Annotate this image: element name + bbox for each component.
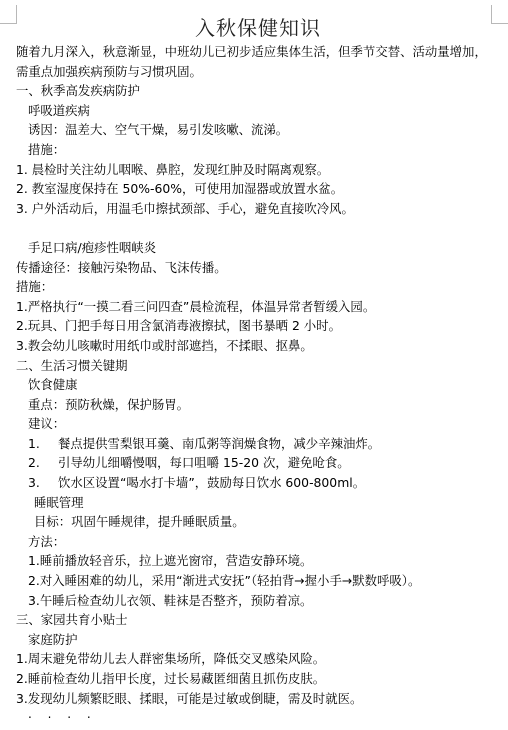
respiratory-cause: 诱因：温差大、空气干燥，易引发咳嗽、流涕。 — [16, 120, 494, 140]
subheading-respiratory: 呼吸道疾病 — [16, 101, 494, 121]
diet-advice-label: 建议： — [16, 414, 494, 434]
section-heading-3: 三、家园共育小贴士 — [16, 610, 494, 630]
subheading-home: 家庭防护 — [16, 630, 494, 650]
list-item: 3.饮水区设置“喝水打卡墙”，鼓励每日饮水 600-800ml。 — [16, 473, 494, 493]
list-item: 2.引导幼儿细嚼慢咽，每口咀嚼 15-20 次，避免呛食。 — [16, 453, 494, 473]
list-item: 3.教会幼儿咳嗽时用纸巾或肘部遮挡，不揉眼、抠鼻。 — [16, 336, 494, 356]
list-item: 3.发现幼儿频繁眨眼、揉眼，可能是过敏或倒睫，需及时就医。 — [16, 689, 494, 709]
document-page: 入秋保健知识 随着九月深入，秋意渐显，中班幼儿已初步适应集体生活，但季节交替、活… — [16, 14, 494, 720]
sleep-method-label: 方法： — [16, 532, 494, 552]
sleep-goal: 目标：巩固午睡规律，提升睡眠质量。 — [16, 512, 494, 532]
crop-mark-top-left — [0, 5, 17, 24]
intro-paragraph: 随着九月深入，秋意渐显，中班幼儿已初步适应集体生活，但季节交替、活动量增加，需重… — [16, 42, 494, 81]
list-item: 2.睡前检查幼儿指甲长度，过长易藏匿细菌且抓伤皮肤。 — [16, 669, 494, 689]
section-heading-2: 二、生活习惯关键期 — [16, 356, 494, 376]
list-item: 1.睡前播放轻音乐，拉上遮光窗帘，营造安静环境。 — [16, 551, 494, 571]
section-heading-1: 一、秋季高发疾病防护 — [16, 81, 494, 101]
hfmd-route: 传播途径：接触污染物品、飞沫传播。 — [16, 258, 494, 278]
list-item: 1.周末避免带幼儿去人群密集场所，降低交叉感染风险。 — [16, 649, 494, 669]
subheading-hfmd: 手足口病/疱疹性咽峡炎 — [16, 238, 494, 258]
list-item: 2.对入睡困难的幼儿，采用“渐进式安抚”（轻拍背→握小手→默数呼吸）。 — [16, 571, 494, 591]
list-item: 3.午睡后检查幼儿衣领、鞋袜是否整齐，预防着凉。 — [16, 591, 494, 611]
hfmd-measures-label: 措施： — [16, 277, 494, 297]
diet-focus: 重点：预防秋燥，保护肠胃。 — [16, 395, 494, 415]
subheading-sleep: 睡眠管理 — [16, 493, 494, 513]
list-item: 3. 户外活动后，用温毛巾擦拭颈部、手心，避免直接吹冷风。 — [16, 199, 494, 219]
list-item: 1.餐点提供雪梨银耳羹、南瓜粥等润燥食物，减少辛辣油炸。 — [16, 434, 494, 454]
trailing-dots: . . . . — [16, 708, 494, 720]
subheading-diet: 饮食健康 — [16, 375, 494, 395]
list-item: 2. 教室湿度保持在 50%-60%，可使用加湿器或放置水盆。 — [16, 179, 494, 199]
list-item: 1. 晨检时关注幼儿咽喉、鼻腔，发现红肿及时隔离观察。 — [16, 160, 494, 180]
list-item: 1.严格执行“一摸二看三问四查”晨检流程，体温异常者暂缓入园。 — [16, 297, 494, 317]
list-item: 2.玩具、门把手每日用含氯消毒液擦拭，图书暴晒 2 小时。 — [16, 316, 494, 336]
blank-line — [16, 218, 494, 238]
document-title: 入秋保健知识 — [22, 14, 494, 42]
respiratory-measures-label: 措施： — [16, 140, 494, 160]
